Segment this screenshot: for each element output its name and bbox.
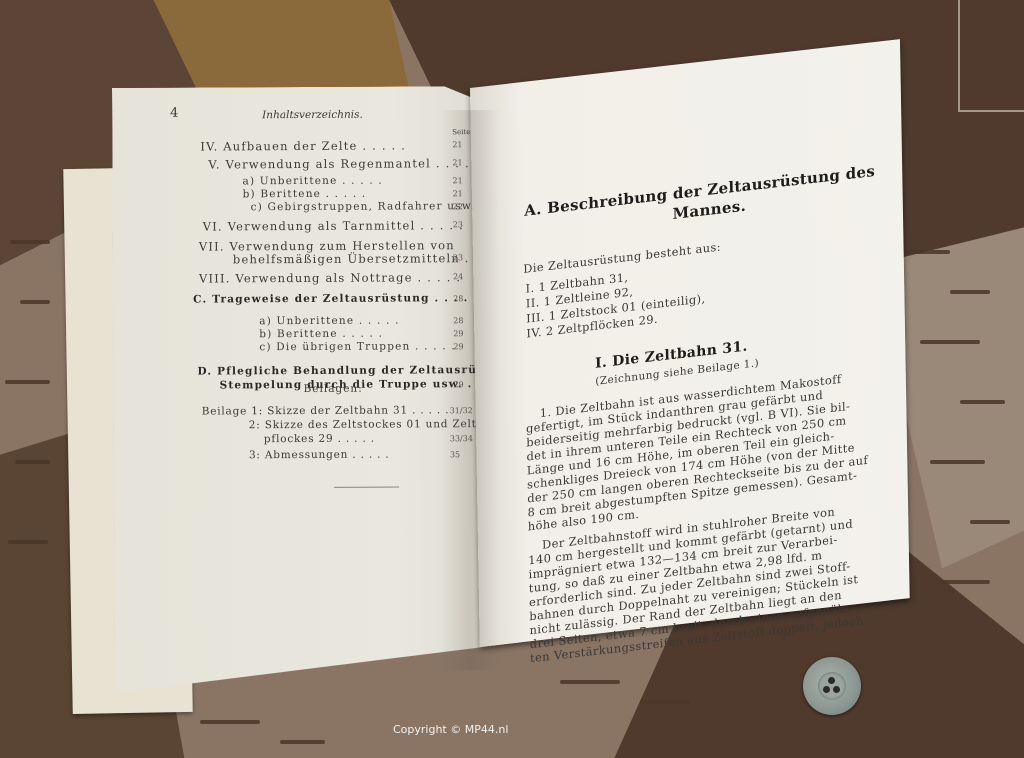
toc-entry: b) Berittene . . . . . <box>259 328 383 341</box>
toc-entry: a) Unberittene . . . . . <box>242 175 382 188</box>
toc-entry: VI. Verwendung als Tarnmittel . . . . . <box>203 218 464 233</box>
toc-page-number: 21 <box>453 189 463 198</box>
toc-page-number: 21 <box>452 140 462 149</box>
appendix-page-number: 31/32 <box>450 406 473 415</box>
toc-page-number: 28 <box>453 294 463 303</box>
toc-entry-label: IV. Aufbauen der Zelte . . . . . <box>200 138 406 153</box>
toc-page-number: 29 <box>453 342 463 351</box>
toc-entry: C. Trageweise der Zeltausrüstung . . . .… <box>193 292 478 305</box>
toc-entry-label: a) Unberittene . . . . . <box>259 314 399 327</box>
toc-entry-label: b) Berittene . . . . . <box>259 328 383 341</box>
appendix-page-number: 33/34 <box>450 434 473 443</box>
toc-entry-label: Stempelung durch die Truppe usw. . . . .… <box>220 378 512 392</box>
copyright-watermark: Copyright © MP44.nl <box>393 723 508 736</box>
toc-entry: V. Verwendung als Regenmantel . . . . . <box>208 156 479 171</box>
toc-entry-label: behelfsmäßigen Übersetzmitteln . . . . . <box>233 251 509 266</box>
toc-entry: Stempelung durch die Truppe usw. . . . .… <box>220 378 512 392</box>
toc-entry-label: C. Trageweise der Zeltausrüstung . . . .… <box>193 292 478 305</box>
toc-entry: c) Die übrigen Truppen . . . . . <box>259 340 456 353</box>
toc-page-number: 29 <box>453 329 463 338</box>
appendix-entry: 2: Skizze des Zeltstockes 01 und Zelt- <box>249 418 481 431</box>
toc-entry-label: VI. Verwendung als Tarnmittel . . . . . <box>203 218 464 233</box>
left-page: 4 Inhaltsverzeichnis. Seite IV. Aufbauen… <box>112 86 520 693</box>
toc-page-number: 24 <box>453 272 463 281</box>
toc-page-number: 23 <box>453 220 463 229</box>
appendix-page-number: 35 <box>450 450 460 459</box>
page-column-label: Seite <box>452 128 470 136</box>
toc-entry: a) Unberittene . . . . . <box>259 314 399 327</box>
toc-entry-label: b) Berittene . . . . . <box>243 188 367 201</box>
appendix-title: Beilagen: <box>304 383 363 395</box>
toc-page-number: 22 <box>453 202 463 211</box>
toc-entry: behelfsmäßigen Übersetzmitteln . . . . . <box>233 251 509 266</box>
appendix-entry: 3: Abmessungen . . . . . <box>249 449 390 462</box>
toc-entry: IV. Aufbauen der Zelte . . . . . <box>200 138 406 153</box>
toc-entry-label: VIII. Verwendung als Nottrage . . . . . <box>199 270 461 285</box>
toc-page-number: 28 <box>453 316 463 325</box>
appendix-entry: Beilage 1: Skizze der Zeltbahn 31 . . . … <box>202 404 450 417</box>
fabric-button <box>803 657 861 715</box>
toc-page-number: 29 <box>454 380 464 389</box>
toc-page-number: 21 <box>452 176 462 185</box>
toc-entry: VIII. Verwendung als Nottrage . . . . . <box>199 270 461 285</box>
toc-page-number: 23 <box>453 253 463 262</box>
signature-mark: 2* <box>780 631 792 643</box>
toc-entry: b) Berittene . . . . . <box>243 188 367 201</box>
running-header: Inhaltsverzeichnis. <box>262 109 363 122</box>
toc-entry-label: V. Verwendung als Regenmantel . . . . . <box>208 156 479 171</box>
toc-entry-label: a) Unberittene . . . . . <box>242 175 382 188</box>
appendix-entry: pflockes 29 . . . . . <box>264 433 375 446</box>
toc-page-number: 21 <box>452 158 462 167</box>
page-number: 4 <box>170 106 178 121</box>
toc-entry-label: c) Die übrigen Truppen . . . . . <box>259 340 456 353</box>
closing-rule <box>334 487 399 488</box>
right-page: A. Beschreibung der Zeltausrüstung des M… <box>470 39 910 647</box>
